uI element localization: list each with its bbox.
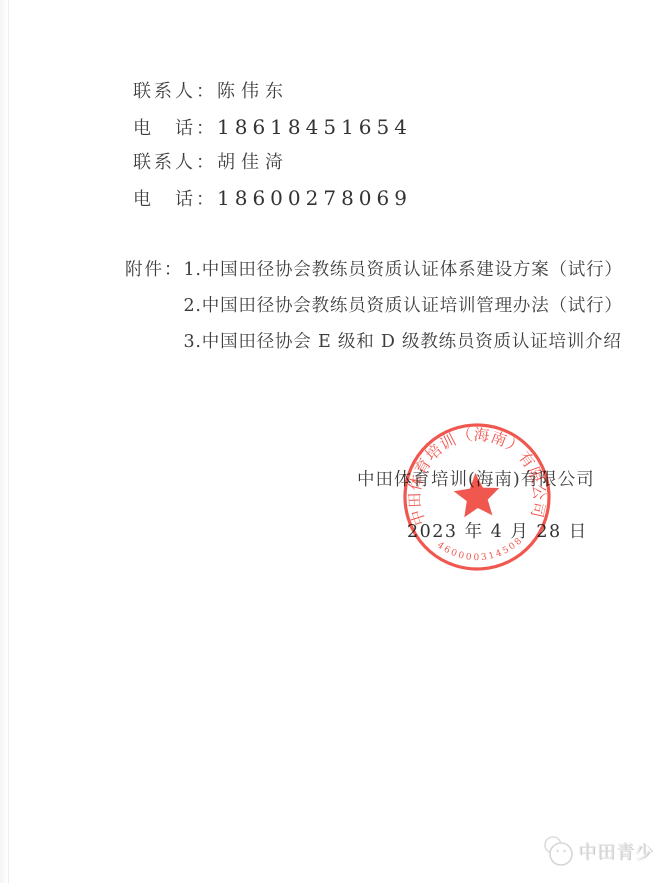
contact-label: 电 话：: [133, 189, 217, 210]
contact-label: 电 话：: [133, 118, 217, 139]
contact-line: 电 话：18600278069: [133, 181, 412, 217]
logo-icon: [540, 833, 578, 869]
watermark-text: 中田青少: [578, 838, 654, 864]
attachment-item: 1.中国田径协会教练员资质认证体系建设方案（试行）: [184, 252, 623, 288]
star-icon: [453, 471, 502, 517]
contact-label: 联系人：: [133, 152, 217, 173]
contact-value: 胡佳渏: [217, 152, 289, 173]
contact-line: 联系人：胡佳渏: [133, 145, 412, 181]
contact-line: 联系人：陈伟东: [133, 74, 412, 110]
page-edge-shadow: [0, 0, 9, 883]
attachments-block: 附件： 1.中国田径协会教练员资质认证体系建设方案（试行） 2.中国田径协会教练…: [125, 252, 623, 360]
contact-value: 18618451654: [217, 115, 412, 139]
attachment-item: 3.中国田径协会 E 级和 D 级教练员资质认证培训介绍: [184, 324, 623, 360]
attachments-list: 1.中国田径协会教练员资质认证体系建设方案（试行） 2.中国田径协会教练员资质认…: [184, 252, 623, 360]
document-page: 联系人：陈伟东 电 话：18618451654 联系人：胡佳渏 电 话：1860…: [0, 0, 666, 883]
contact-label: 联系人：: [133, 81, 217, 102]
watermark: 中田青少: [540, 833, 654, 869]
contact-value: 陈伟东: [217, 81, 289, 102]
attachments-label: 附件：: [125, 252, 184, 360]
company-seal-stamp: 中田体育培训（海南）有限公司 460000314508: [386, 406, 567, 587]
contact-value: 18600278069: [217, 186, 412, 210]
contact-line: 电 话：18618451654: [133, 110, 412, 146]
attachment-item: 2.中国田径协会教练员资质认证培训管理办法（试行）: [184, 288, 623, 324]
contact-block: 联系人：陈伟东 电 话：18618451654 联系人：胡佳渏 电 话：1860…: [133, 74, 412, 216]
